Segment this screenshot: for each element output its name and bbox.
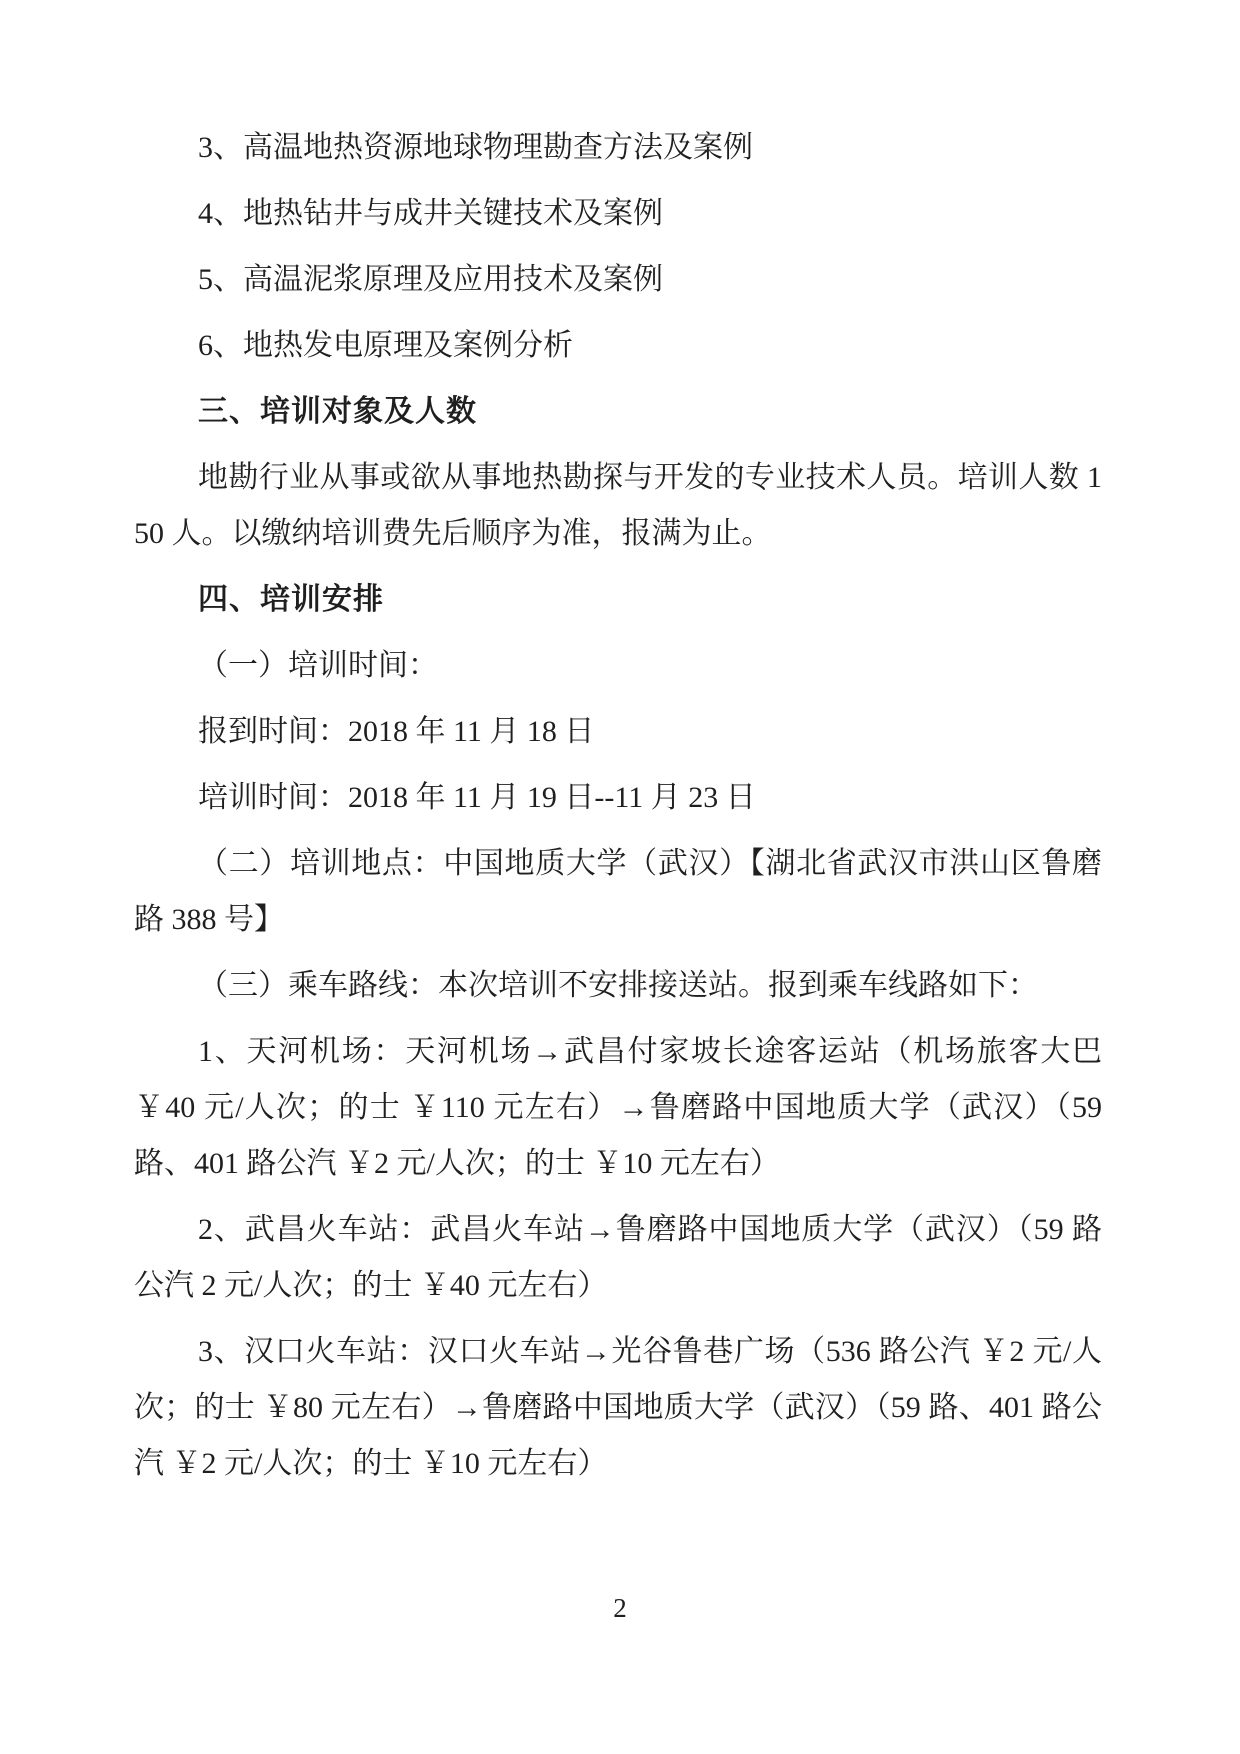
transport-intro-line: （三）乘车路线：本次培训不安排接送站。报到乘车线路如下：	[134, 958, 1102, 1014]
section-heading-arrangement: 四、培训安排	[134, 572, 1102, 628]
route-item-hankou-station: 3、汉口火车站：汉口火车站→光谷鲁巷广场（536 路公汽 ￥2 元/人次；的士 …	[134, 1324, 1102, 1492]
page-number: 2	[0, 1592, 1240, 1624]
document-page: 3、高温地热资源地球物理勘查方法及案例 4、地热钻井与成井关键技术及案例 5、高…	[0, 0, 1240, 1754]
training-time-line: 培训时间：2018 年 11 月 19 日--11 月 23 日	[134, 770, 1102, 826]
course-item-5: 5、高温泥浆原理及应用技术及案例	[134, 252, 1102, 308]
training-location-line: （二）培训地点：中国地质大学（武汉）【湖北省武汉市洪山区鲁磨路 388 号】	[134, 836, 1102, 948]
training-time-label: （一）培训时间：	[134, 638, 1102, 694]
route-item-airport: 1、天河机场：天河机场→武昌付家坡长途客运站（机场旅客大巴 ￥40 元/人次；的…	[134, 1024, 1102, 1192]
course-item-6: 6、地热发电原理及案例分析	[134, 318, 1102, 374]
audience-paragraph: 地勘行业从事或欲从事地热勘探与开发的专业技术人员。培训人数 150 人。以缴纳培…	[134, 450, 1102, 562]
section-heading-audience: 三、培训对象及人数	[134, 384, 1102, 440]
course-item-3: 3、高温地热资源地球物理勘查方法及案例	[134, 120, 1102, 176]
course-item-4: 4、地热钻井与成井关键技术及案例	[134, 186, 1102, 242]
route-item-wuchang-station: 2、武昌火车站：武昌火车站→鲁磨路中国地质大学（武汉）（59 路公汽 2 元/人…	[134, 1202, 1102, 1314]
checkin-time-line: 报到时间：2018 年 11 月 18 日	[134, 704, 1102, 760]
